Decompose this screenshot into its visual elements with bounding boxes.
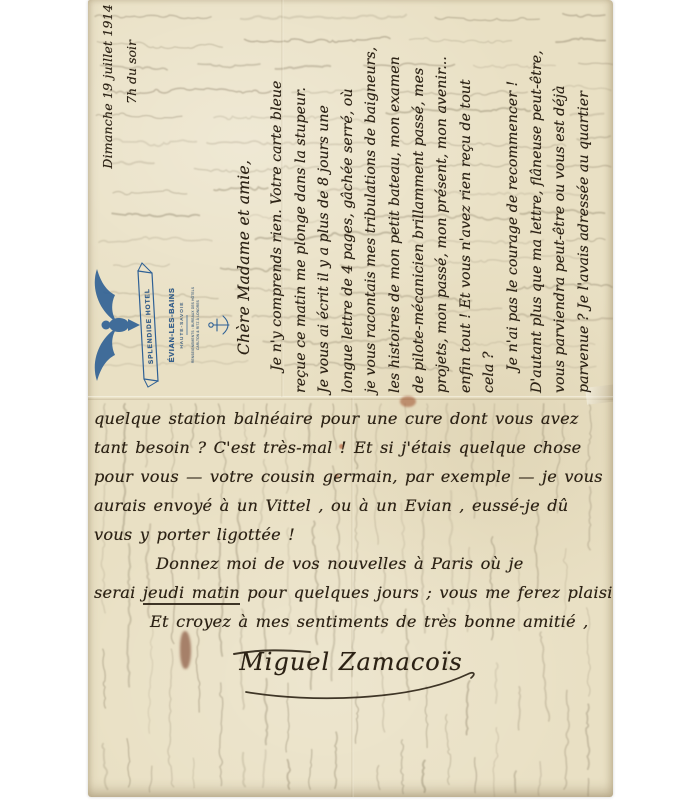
handwritten-line: pour vous — votre cousin germain, par ex… bbox=[94, 462, 610, 491]
handwritten-line: vous parviendra peut-être ou vous est dé… bbox=[549, 0, 573, 393]
handwritten-line: Je n'ai pas le courage de recommencer ! bbox=[502, 0, 526, 393]
handwritten-line: tant besoin ? C'est très-mal ! Et si j'é… bbox=[94, 433, 610, 462]
bleedthrough-stroke bbox=[168, 649, 174, 787]
signature-name: Miguel Zamacoïs bbox=[206, 648, 496, 676]
bleedthrough-stroke bbox=[401, 740, 404, 794]
letter-scan: SPLENDIDE HOTEL ÉVIAN-LES-BAINS HAUTE-SA… bbox=[0, 0, 700, 800]
bleedthrough-stroke bbox=[149, 766, 152, 792]
bleedthrough-stroke bbox=[493, 728, 498, 797]
anchor-icon bbox=[209, 316, 229, 334]
date-block: Dimanche 19 juillet 1914 7h du soir bbox=[100, 4, 139, 169]
bleedthrough-stroke bbox=[103, 649, 106, 708]
bleedthrough-stroke bbox=[540, 632, 549, 721]
handwritten-line: vous y porter ligottée ! bbox=[94, 520, 610, 549]
bleedthrough-stroke bbox=[127, 739, 130, 787]
underlined-phrase: jeudi matin bbox=[143, 583, 240, 605]
eagle-icon bbox=[95, 269, 140, 381]
handwritten-line: enfin tout ! Et vous n'avez rien reçu de… bbox=[455, 0, 479, 393]
handwritten-line: quelque station balnéaire pour une cure … bbox=[94, 404, 610, 433]
handwritten-line: projets, mon passé, mon présent, mon ave… bbox=[431, 0, 455, 393]
letter-paper: SPLENDIDE HOTEL ÉVIAN-LES-BAINS HAUTE-SA… bbox=[88, 0, 613, 797]
handwritten-line: aurais envoyé à un Vittel , ou à un Evia… bbox=[94, 491, 610, 520]
line-segment: Et croyez à mes sentiments de très bonne… bbox=[150, 612, 588, 631]
handwritten-line: reçue ce matin me plonge dans la stupeur… bbox=[290, 0, 314, 393]
rotated-letter-page: SPLENDIDE HOTEL ÉVIAN-LES-BAINS HAUTE-SA… bbox=[88, 0, 613, 395]
bleedthrough-stroke bbox=[422, 761, 425, 792]
signature-block: Miguel Zamacoïs bbox=[206, 640, 496, 704]
bleedthrough-stroke bbox=[309, 750, 312, 790]
bleedthrough-stroke bbox=[514, 771, 516, 792]
bleedthrough-stroke bbox=[475, 758, 477, 793]
handwritten-line: cela ? bbox=[478, 0, 502, 393]
line-segment: pour quelques jours ; vous me ferez plai… bbox=[240, 583, 613, 602]
page2-lines: quelque station balnéaire pour une cure … bbox=[94, 404, 610, 636]
handwritten-line: serai jeudi matin pour quelques jours ; … bbox=[94, 578, 610, 607]
date-line: Dimanche 19 juillet 1914 bbox=[100, 4, 115, 169]
bleedthrough-stroke bbox=[193, 758, 194, 788]
bleedthrough-stroke bbox=[196, 628, 200, 712]
bleedthrough-stroke bbox=[335, 732, 337, 788]
bleedthrough-stroke bbox=[564, 691, 569, 790]
line-segment: tant besoin ? C'est très-mal ! Et si j'é… bbox=[94, 438, 581, 457]
line-segment: quelque station balnéaire pour une cure … bbox=[94, 409, 579, 428]
ink-stain bbox=[180, 631, 191, 669]
bleedthrough-stroke bbox=[446, 715, 451, 785]
handwritten-line: Je vous ai écrit il y a plus de 8 jours … bbox=[313, 0, 337, 393]
bleedthrough-stroke bbox=[102, 744, 107, 789]
hotel-letterhead-logo: SPLENDIDE HOTEL ÉVIAN-LES-BAINS HAUTE-SA… bbox=[88, 261, 240, 389]
letterhead-location: ÉVIAN-LES-BAINS bbox=[167, 288, 176, 363]
bleedthrough-stroke bbox=[243, 753, 245, 787]
bleedthrough-stroke bbox=[287, 760, 290, 789]
line-segment: pour vous — votre cousin germain, par ex… bbox=[94, 467, 603, 486]
bleedthrough-stroke bbox=[377, 766, 380, 790]
handwritten-line: je vous racontais mes tribulations de ba… bbox=[360, 0, 384, 393]
letterhead-small-line-1: RENSEIGNEMENTS : BUREAUX DES HÔTELS bbox=[190, 287, 195, 363]
page1-body-lines: Je n'y comprends rien. Votre carte bleue… bbox=[266, 0, 596, 393]
bleedthrough-stroke bbox=[538, 762, 541, 796]
line-segment: aurais envoyé à un Vittel , ou à un Evia… bbox=[94, 496, 568, 515]
handwritten-line: les histoires de mon petit bateau, mon e… bbox=[384, 0, 408, 393]
bleedthrough-stroke bbox=[148, 628, 153, 733]
salutation-line: Chère Madame et amie, bbox=[235, 160, 253, 355]
bleedthrough-stroke bbox=[263, 750, 266, 787]
handwritten-line: Et croyez à mes sentiments de très bonne… bbox=[94, 607, 610, 636]
time-line: 7h du soir bbox=[124, 4, 139, 169]
line-segment: Donnez moi de vos nouvelles à Paris où j… bbox=[156, 554, 523, 573]
bleedthrough-stroke bbox=[518, 687, 520, 730]
bleedthrough-stroke bbox=[586, 704, 589, 769]
handwritten-line: parvenue ? Je l'avais adressée au quarti… bbox=[573, 0, 597, 393]
handwritten-line: de pilote-mécanicien brillamment passé, … bbox=[408, 0, 432, 393]
handwritten-line: D'autant plus que ma lettre, flâneuse pe… bbox=[526, 0, 550, 393]
letterhead-small-line-2: CARLTON & RITZ À LONDRES bbox=[196, 300, 200, 350]
handwritten-line: Donnez moi de vos nouvelles à Paris où j… bbox=[94, 549, 610, 578]
line-segment: vous y porter ligottée ! bbox=[94, 525, 295, 544]
letterhead-region: HAUTE-SAVOIE bbox=[179, 301, 184, 348]
handwritten-line: longue lettre de 4 pages, gâchée serré, … bbox=[337, 0, 361, 393]
handwritten-line: Je n'y comprends rien. Votre carte bleue bbox=[266, 0, 290, 393]
line-segment: serai bbox=[94, 583, 143, 602]
bleedthrough-stroke bbox=[588, 779, 589, 796]
